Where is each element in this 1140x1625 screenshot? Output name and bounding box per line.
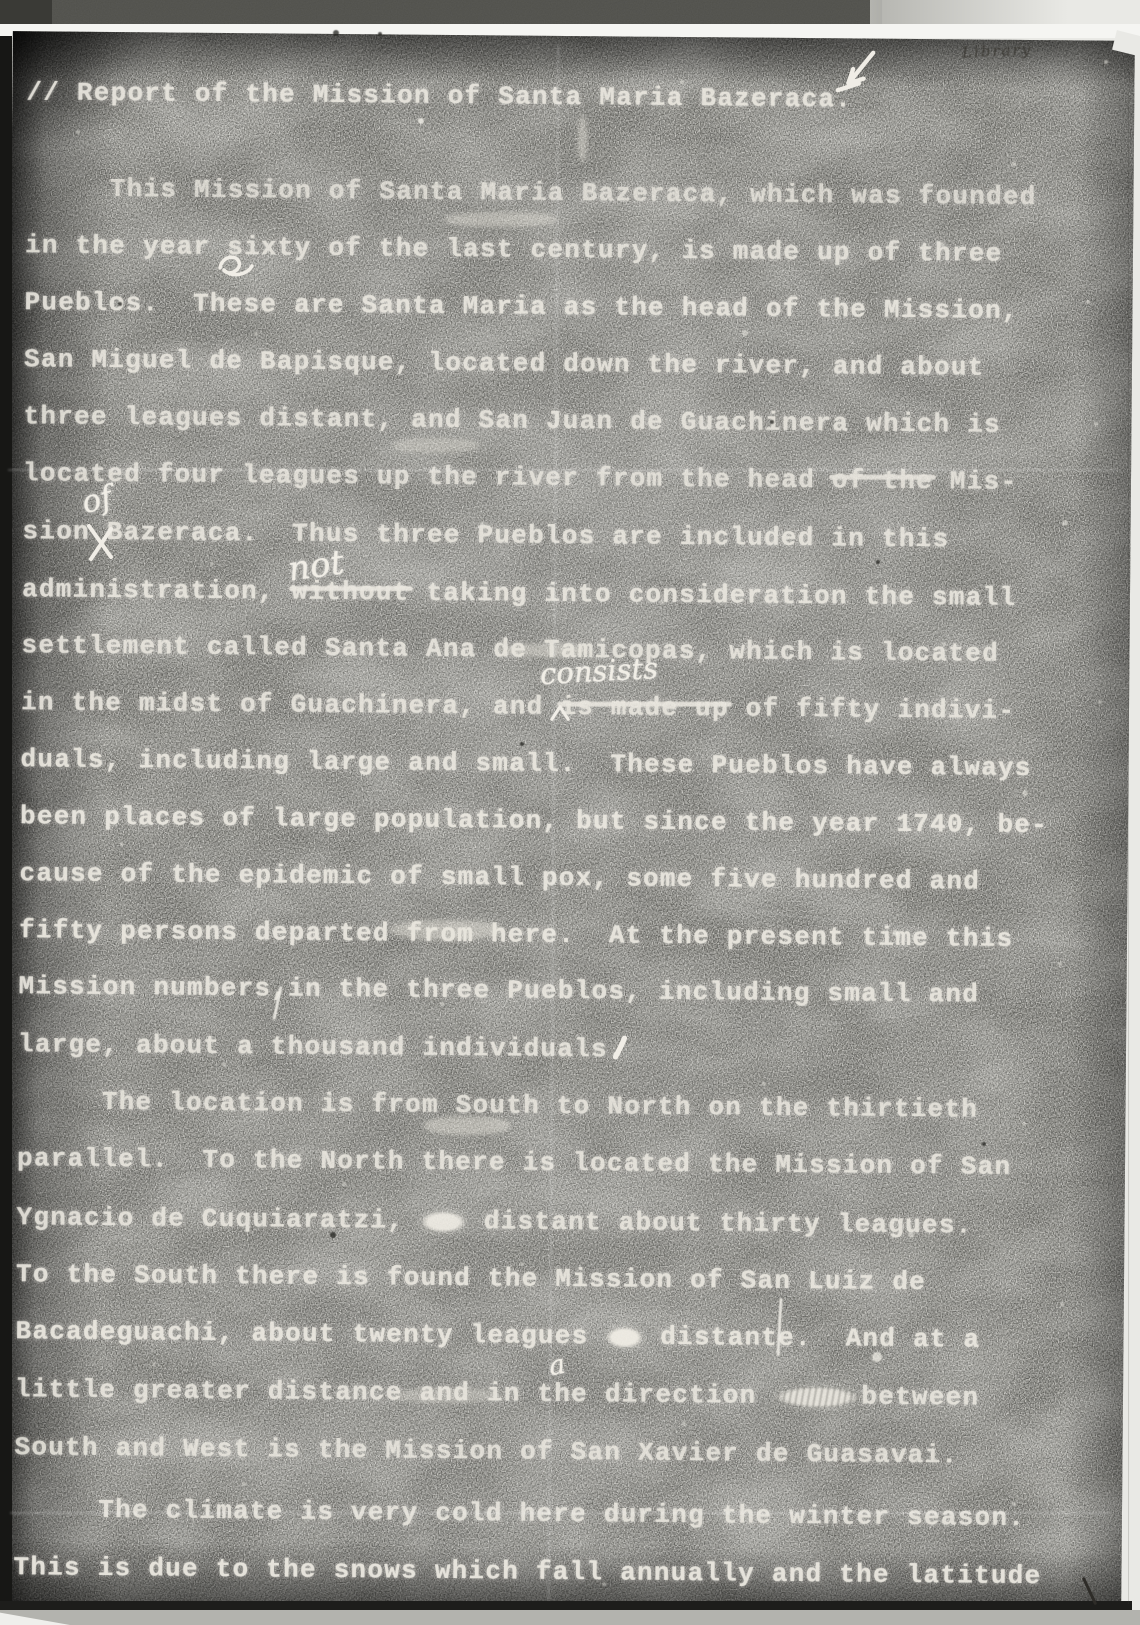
white-speck — [210, 562, 214, 566]
dark-speck — [770, 420, 774, 424]
white-speck — [340, 762, 344, 766]
white-speck — [660, 600, 664, 604]
white-speck — [1098, 700, 1102, 704]
white-speck — [1086, 300, 1090, 304]
scratch-line — [756, 911, 1084, 947]
white-speck — [1012, 1502, 1016, 1506]
white-speck — [440, 1002, 444, 1006]
erasure-smear — [394, 1388, 500, 1403]
white-speck — [480, 522, 484, 526]
scratch-line — [60, 302, 1070, 303]
scratch-line — [8, 469, 1120, 471]
erasure-smear — [424, 1116, 510, 1135]
white-speck — [940, 242, 944, 246]
dark-speck — [876, 560, 880, 564]
white-speck — [560, 882, 564, 886]
white-speck — [602, 1582, 606, 1586]
erasure-smear — [393, 438, 479, 453]
white-speck — [418, 118, 424, 124]
white-speck — [120, 842, 124, 846]
dark-speck — [982, 1142, 986, 1146]
texture-layer — [0, 0, 1140, 1625]
erasure-smear — [445, 212, 557, 227]
white-speck — [342, 1182, 346, 1186]
white-speck — [1062, 520, 1068, 526]
white-speck — [520, 1262, 524, 1266]
white-speck — [1022, 790, 1028, 796]
white-speck — [1012, 162, 1016, 166]
white-speck — [222, 1062, 226, 1066]
dark-speck — [330, 1232, 336, 1238]
erasure-smear — [390, 920, 502, 940]
dark-speck — [333, 30, 339, 36]
photostat-scan: // Report of the Mission of Santa Maria … — [0, 0, 1140, 1625]
white-speck — [1022, 1122, 1026, 1126]
white-speck — [908, 1232, 914, 1238]
white-speck — [152, 1362, 156, 1366]
white-speck — [742, 330, 748, 336]
white-speck — [892, 930, 898, 936]
erasure-smear — [500, 644, 588, 657]
white-speck — [1094, 422, 1098, 426]
white-speck — [76, 130, 80, 134]
white-speck — [242, 1482, 246, 1486]
white-speck — [762, 1082, 766, 1086]
scratch-line — [10, 1512, 1110, 1514]
scratch-line — [821, 992, 1089, 1027]
white-speck — [682, 1422, 686, 1426]
dark-speck — [118, 302, 122, 306]
dark-speck — [378, 32, 382, 36]
white-speck — [872, 1352, 882, 1362]
scratch-line — [547, 44, 560, 1600]
erasure-smear — [578, 116, 587, 162]
dark-speck — [520, 742, 524, 746]
white-speck — [680, 80, 684, 84]
white-speck — [1060, 1302, 1064, 1306]
white-speck — [1058, 962, 1062, 966]
white-speck — [1104, 60, 1108, 64]
white-speck — [942, 642, 946, 646]
white-speck — [254, 332, 258, 336]
